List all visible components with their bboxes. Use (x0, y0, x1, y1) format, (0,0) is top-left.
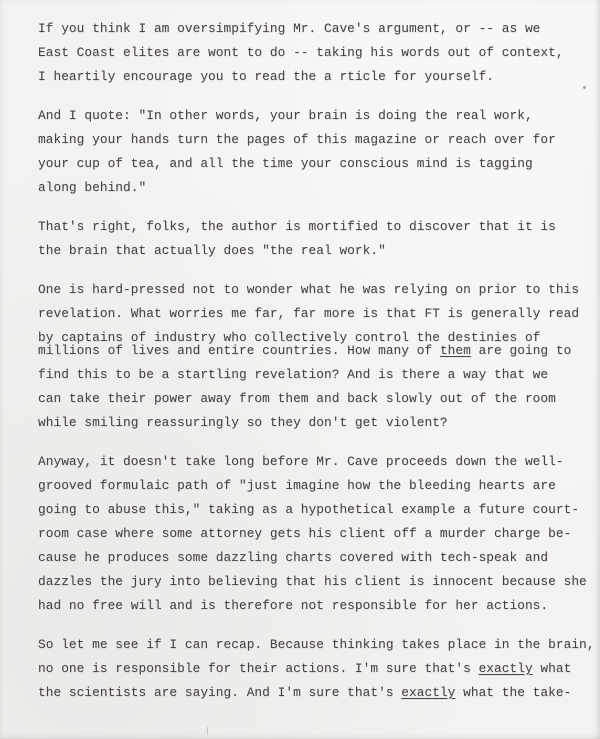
paragraph: That's right, folks, the author is morti… (38, 219, 582, 267)
text-segment: room case where some attorney gets his c… (38, 526, 571, 541)
text-segment: dazzles the jury into believing that his… (38, 574, 587, 589)
text-line: If you think I am oversimpifying Mr. Cav… (38, 21, 582, 45)
text-line: millions of lives and entire countries. … (38, 343, 582, 367)
text-segment: had no free will and is therefore not re… (38, 598, 548, 613)
text-segment: revelation. What worries me far, far mor… (38, 306, 579, 321)
text-line: the brain that actually does "the real w… (38, 243, 582, 267)
text-segment: East Coast elites are wont to do -- taki… (38, 45, 564, 60)
text-line: the scientists are saying. And I'm sure … (38, 685, 582, 709)
text-segment: find this to be a startling revelation? … (38, 367, 548, 382)
text-line: along behind." (38, 180, 582, 204)
text-segment: while smiling reassuringly so they don't… (38, 415, 448, 430)
paragraph: Anyway, it doesn't take long before Mr. … (38, 454, 582, 622)
text-segment: So let me see if I can recap. Because th… (38, 637, 595, 652)
text-line: making your hands turn the pages of this… (38, 132, 582, 156)
text-segment: going to abuse this," taking as a hypoth… (38, 502, 579, 517)
paragraph: One is hard-pressed not to wonder what h… (38, 282, 582, 439)
text-line: room case where some attorney gets his c… (38, 526, 582, 550)
text-segment: grooved formulaic path of "just imagine … (38, 478, 556, 493)
scanned-document-page: If you think I am oversimpifying Mr. Cav… (0, 0, 600, 739)
underlined-word: exactly (479, 661, 533, 676)
text-line: no one is responsible for their actions.… (38, 661, 582, 685)
text-segment: And I quote: "In other words, your brain… (38, 108, 533, 123)
text-line: And I quote: "In other words, your brain… (38, 108, 582, 132)
text-line: your cup of tea, and all the time your c… (38, 156, 582, 180)
text-line: revelation. What worries me far, far mor… (38, 306, 582, 330)
text-line: find this to be a startling revelation? … (38, 367, 582, 391)
text-segment: the scientists are saying. And I'm sure … (38, 685, 401, 700)
text-segment: your cup of tea, and all the time your c… (38, 156, 533, 171)
stray-ink-dot (583, 86, 586, 89)
paragraph: If you think I am oversimpifying Mr. Cav… (38, 21, 582, 93)
text-segment: If you think I am oversimpifying Mr. Cav… (38, 21, 540, 36)
text-line: grooved formulaic path of "just imagine … (38, 478, 582, 502)
underlined-word: them (440, 343, 471, 358)
text-segment: One is hard-pressed not to wonder what h… (38, 282, 579, 297)
text-line: dazzles the jury into believing that his… (38, 574, 582, 598)
text-line: cause he produces some dazzling charts c… (38, 550, 582, 574)
text-segment: no one is responsible for their actions.… (38, 661, 479, 676)
paragraph: And I quote: "In other words, your brain… (38, 108, 582, 204)
text-segment: millions of lives and entire countries. … (38, 343, 440, 358)
text-segment: are going to (471, 343, 571, 358)
text-line: Anyway, it doesn't take long before Mr. … (38, 454, 582, 478)
text-line: East Coast elites are wont to do -- taki… (38, 45, 582, 69)
text-segment: what the take- (455, 685, 571, 700)
text-segment: Anyway, it doesn't take long before Mr. … (38, 454, 564, 469)
text-line: going to abuse this," taking as a hypoth… (38, 502, 582, 526)
text-line: had no free will and is therefore not re… (38, 598, 582, 622)
text-line: by captains of industry who collectively… (38, 330, 582, 343)
text-segment: can take their power away from them and … (38, 391, 556, 406)
text-segment: I heartily encourage you to read the a r… (38, 69, 494, 84)
text-segment: That's right, folks, the author is morti… (38, 219, 556, 234)
text-line: I heartily encourage you to read the a r… (38, 69, 582, 93)
text-segment: along behind." (38, 180, 146, 195)
text-line: while smiling reassuringly so they don't… (38, 415, 582, 439)
text-line: That's right, folks, the author is morti… (38, 219, 582, 243)
paragraph: So let me see if I can recap. Because th… (38, 637, 582, 709)
text-segment: what (533, 661, 572, 676)
text-line: can take their power away from them and … (38, 391, 582, 415)
text-segment: cause he produces some dazzling charts c… (38, 550, 548, 565)
typewritten-text: If you think I am oversimpifying Mr. Cav… (38, 21, 582, 724)
text-segment: making your hands turn the pages of this… (38, 132, 556, 147)
text-segment: the brain that actually does "the real w… (38, 243, 386, 258)
text-line: One is hard-pressed not to wonder what h… (38, 282, 582, 306)
text-line: So let me see if I can recap. Because th… (38, 637, 582, 661)
scan-artifact-tick (207, 727, 208, 735)
underlined-word: exactly (401, 685, 455, 700)
